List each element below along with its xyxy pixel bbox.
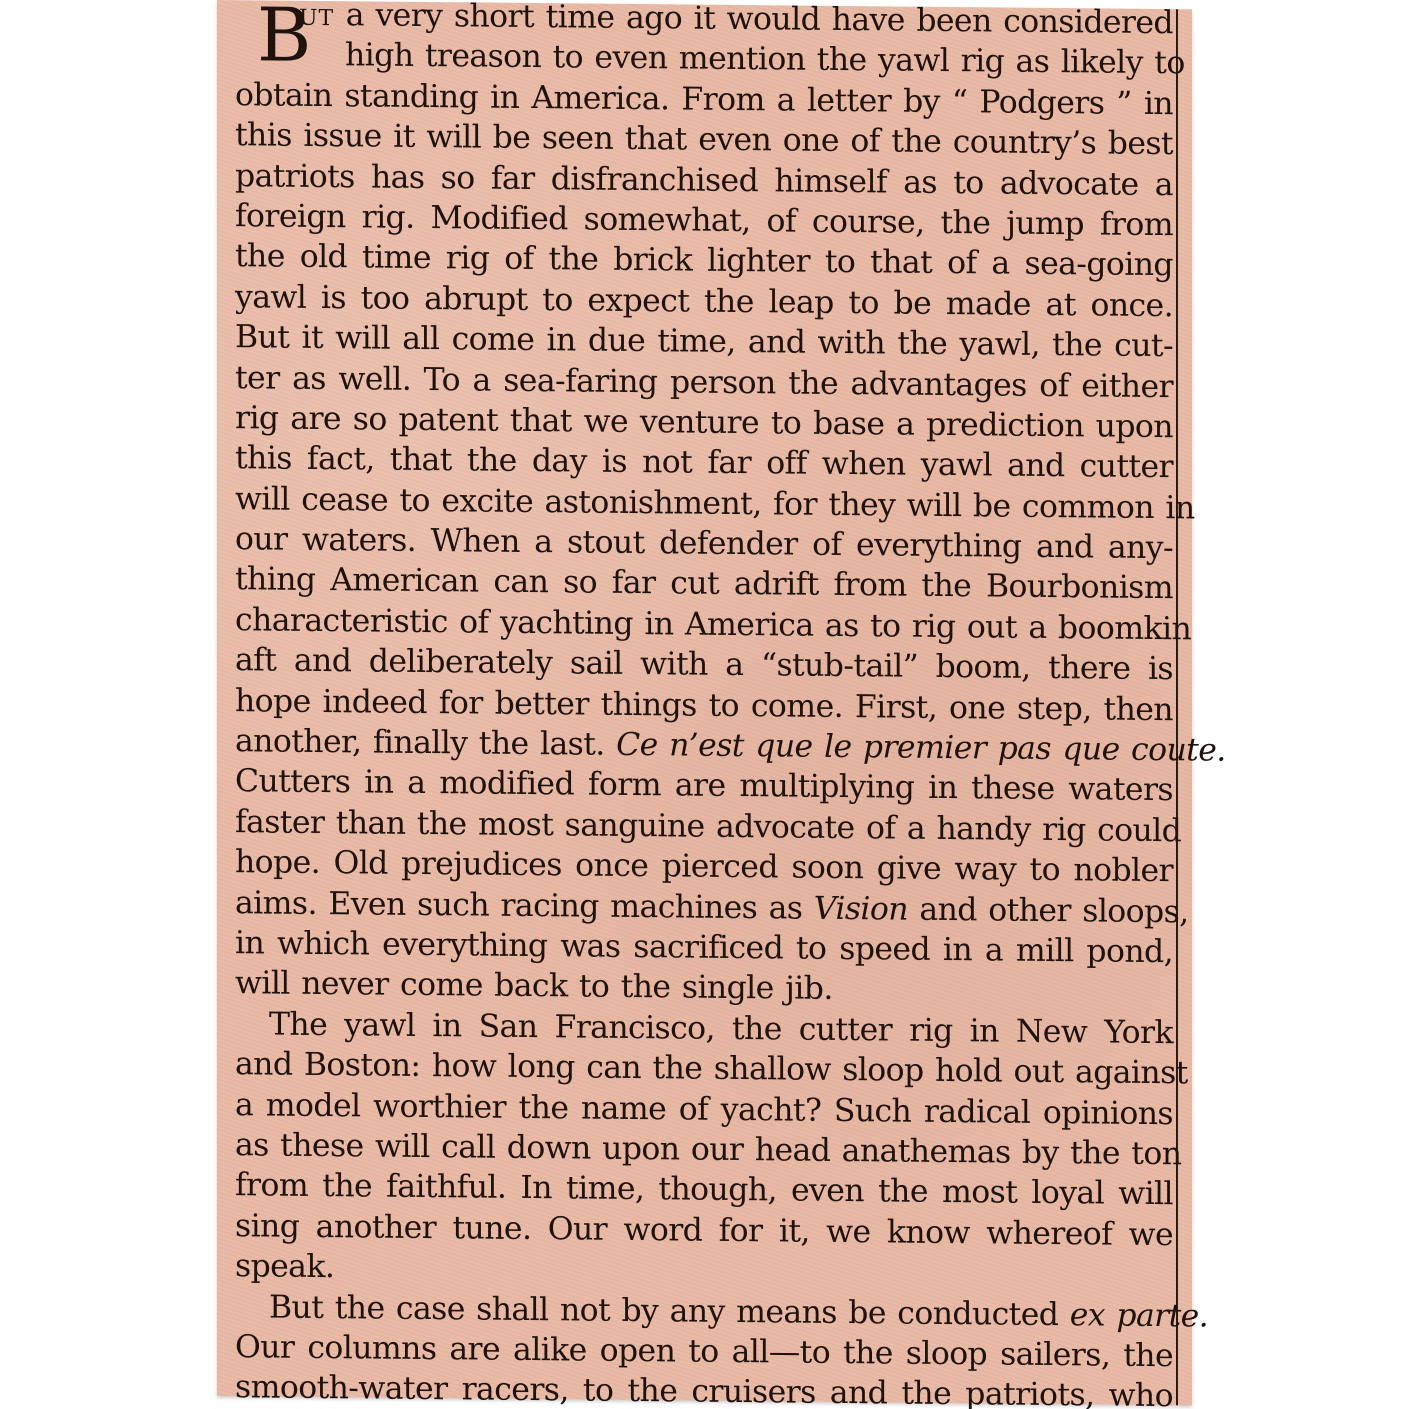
- page: B UT a very short time ago it would have…: [0, 0, 1409, 1409]
- paragraph-3: But the case shall not by any means be c…: [235, 1287, 1173, 1409]
- paragraph-1: B UT a very short time ago it would have…: [235, 0, 1173, 1013]
- paragraph-2: The yawl in San Francisco, the cutter ri…: [235, 1004, 1173, 1296]
- yacht-name: Vision: [814, 890, 908, 927]
- latin-phrase: ex parte.: [1070, 1297, 1208, 1334]
- drop-cap-block: B UT a very short time ago it would have…: [235, 0, 1173, 84]
- newspaper-clipping: B UT a very short time ago it would have…: [217, 0, 1192, 1405]
- french-quote: Ce n’est que le premier pas que coute.: [616, 727, 1226, 769]
- article-column: B UT a very short time ago it would have…: [235, 0, 1173, 1409]
- drop-cap: B: [257, 0, 311, 73]
- column-rule: [1176, 9, 1178, 1405]
